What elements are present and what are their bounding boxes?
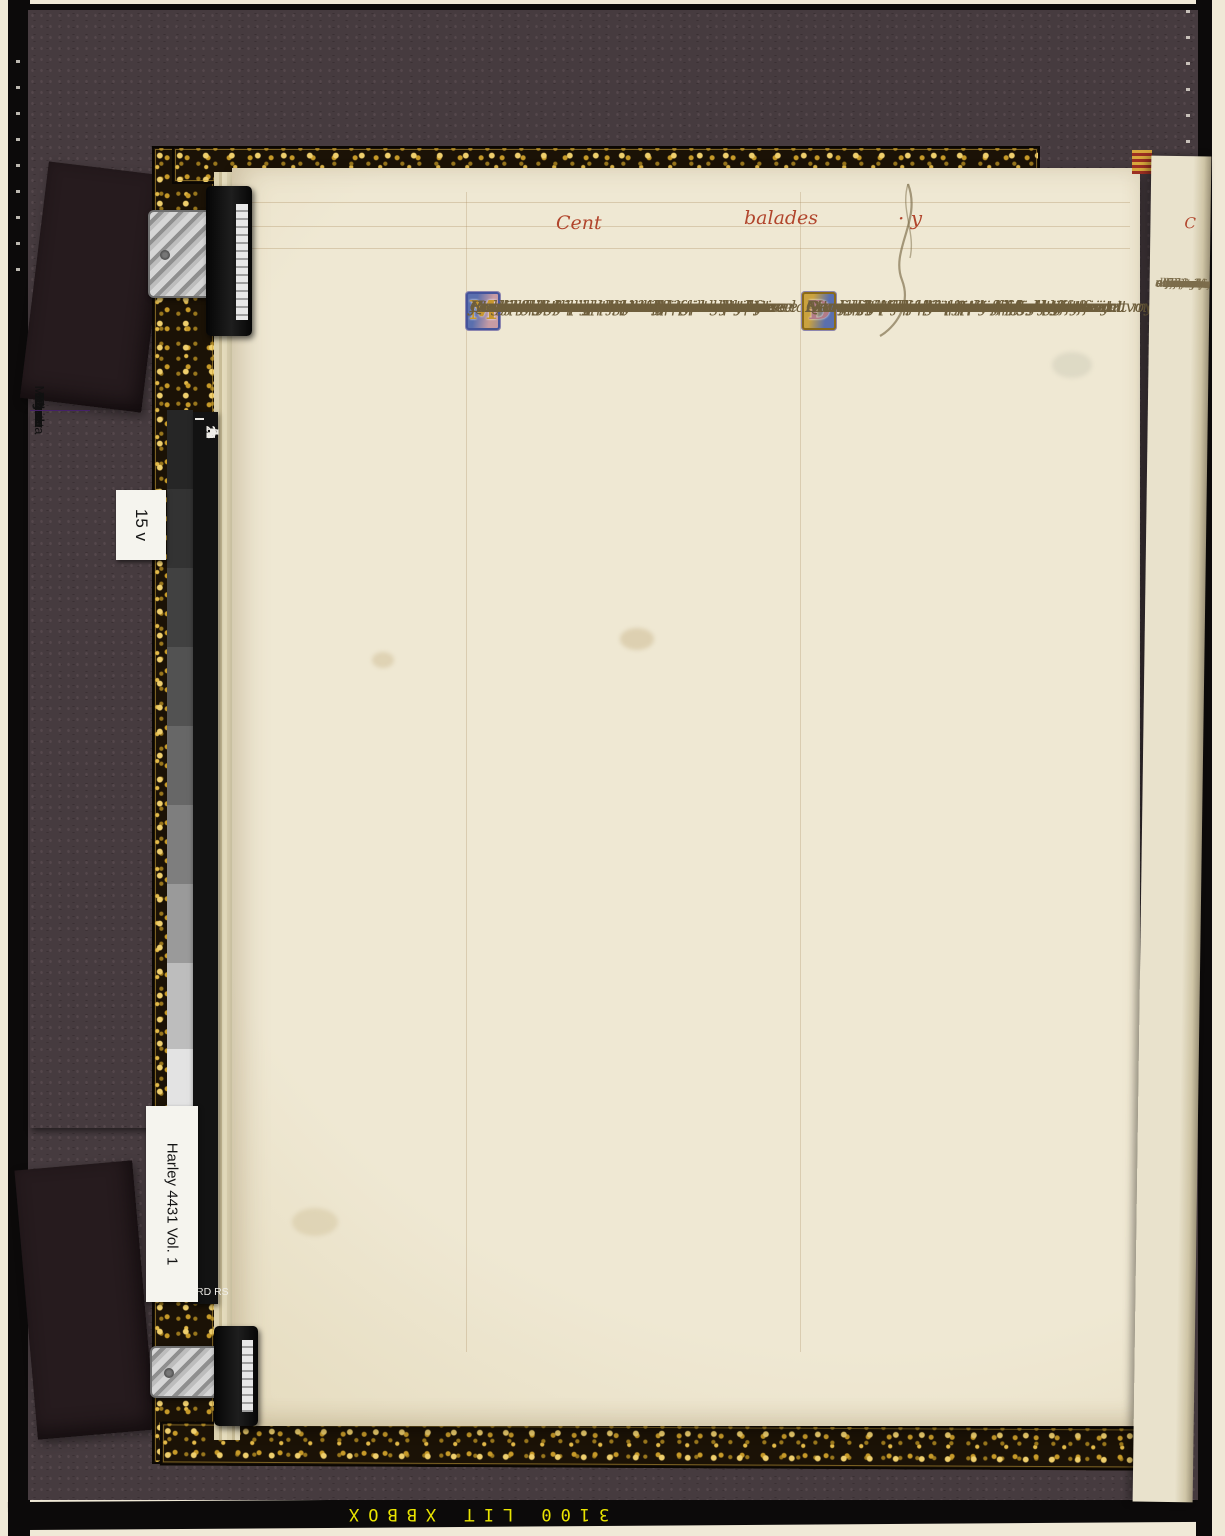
- film-edge-mark: [1186, 114, 1190, 117]
- book-cradle-block-lower: [14, 1160, 155, 1439]
- parchment-stain: [1052, 352, 1092, 378]
- binder-clip-bottom: [214, 1326, 258, 1426]
- film-edge-mark: [16, 112, 20, 115]
- clip-rivet: [164, 1368, 174, 1378]
- film-edge-marks: [16, 60, 22, 320]
- color-reference-chart: BlackBrownWhiteMagentaRedYellowGreenCyan…: [30, 410, 193, 1128]
- shelfmark-sticker: Harley 4431 Vol. 1: [146, 1106, 198, 1302]
- folio-sticker-label: 15 v: [131, 509, 151, 541]
- binder-clip-handle-bottom: [150, 1346, 220, 1398]
- manuscript-line: Grandement mais assouvy: [806, 296, 1015, 317]
- film-edge-mark: [1186, 10, 1190, 13]
- color-patch-solid: [30, 410, 90, 411]
- film-edge-mark: [1186, 88, 1190, 91]
- ruler-footer-label: RD RS: [196, 1286, 229, 1298]
- film-edge-mark: [16, 164, 20, 167]
- folio-sticker: 15 v: [116, 490, 166, 560]
- parchment-stain: [292, 1208, 338, 1236]
- next-folio-text-fragment: s hais damou: [1155, 275, 1211, 292]
- ruling-line: [250, 226, 1130, 227]
- ruling-line: [250, 202, 1130, 203]
- ruler-tick: 25: [193, 418, 218, 453]
- shelfmark-sticker-label: Harley 4431 Vol. 1: [164, 1143, 181, 1266]
- ruling-line: [800, 192, 801, 1352]
- film-edge-mark: [1186, 140, 1190, 143]
- binder-clip-handle-top: [148, 210, 212, 298]
- film-edge-mark: [16, 216, 20, 219]
- film-edge-mark: [1186, 36, 1190, 39]
- manuscript-line: Ce croy je bien mais nalez ensuivant: [470, 296, 760, 317]
- film-edge-printing: 3100 LIT XBBOX: [340, 1504, 609, 1524]
- film-edge-mark: [16, 190, 20, 193]
- film-edge-marks: [1186, 10, 1192, 120]
- clip-rivet: [160, 250, 170, 260]
- next-folio-rubric-fragment: C: [1184, 214, 1196, 232]
- binder-clip-top: [206, 186, 252, 336]
- ruling-line: [250, 248, 1130, 249]
- ruling-line: [466, 192, 467, 1352]
- gilt-binding-bottom: [160, 1421, 1150, 1470]
- clip-label: [242, 1340, 253, 1412]
- running-title-left: Cent: [556, 212, 602, 234]
- film-edge-mark: [16, 86, 20, 89]
- endband: [1132, 150, 1152, 174]
- gray-step-wedge: [167, 410, 193, 1128]
- film-edge-mark: [16, 60, 20, 63]
- film-edge-mark: [16, 268, 20, 271]
- running-title-center: balades: [744, 207, 818, 229]
- manuscript-photograph: Cent balades · y Nonques nosay vous requ…: [0, 0, 1225, 1536]
- parchment-stain: [372, 652, 394, 668]
- film-edge-mark: [1186, 62, 1190, 65]
- parchment-page: [232, 168, 1140, 1426]
- film-edge-mark: [16, 242, 20, 245]
- ruler-number: 25: [204, 426, 216, 439]
- clip-label: [236, 204, 248, 320]
- parchment-stain: [620, 628, 654, 650]
- film-edge-mark: [16, 138, 20, 141]
